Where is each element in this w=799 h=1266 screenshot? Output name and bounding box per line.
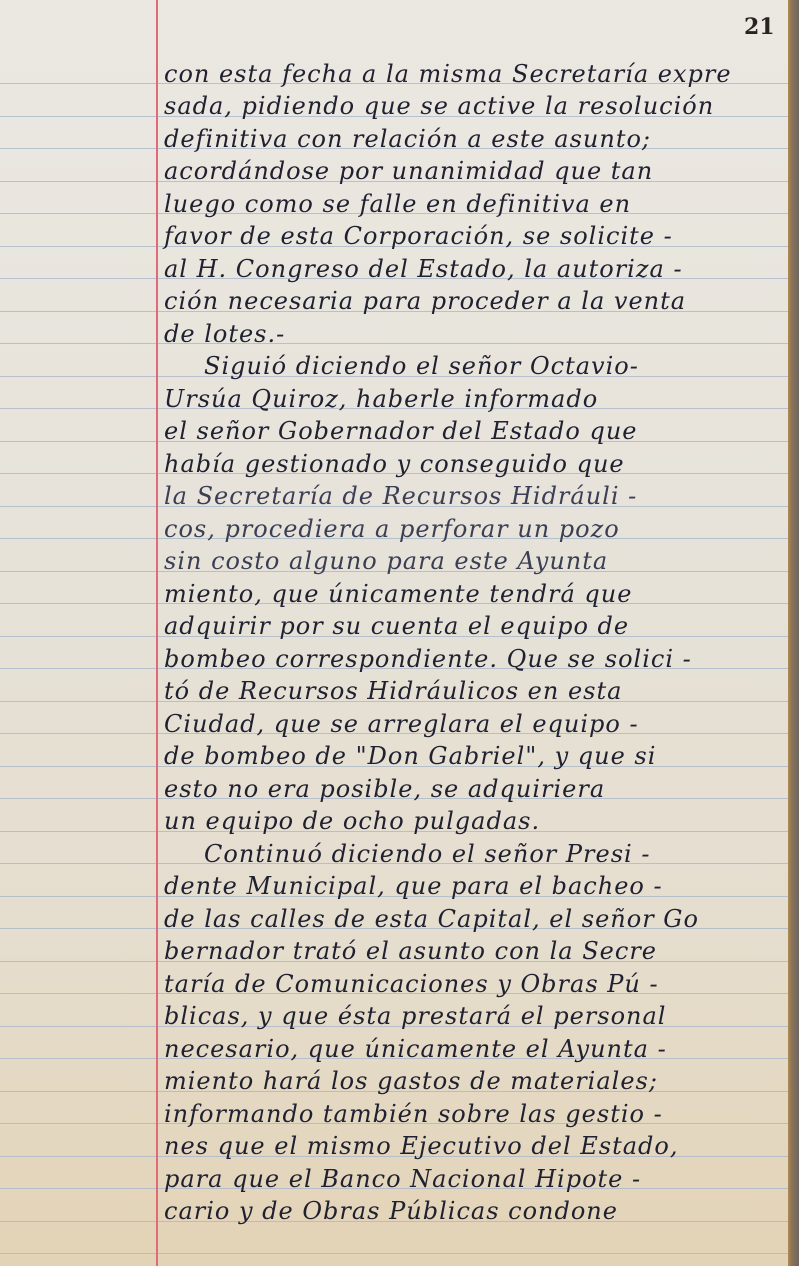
text-line: Ursúa Quiroz, haberle informado — [164, 385, 598, 417]
text-line: tó de Recursos Hidráulicos en esta — [164, 677, 622, 709]
text-line: ción necesaria para proceder a la venta — [164, 287, 686, 319]
text-line: había gestionado y conseguido que — [164, 450, 625, 482]
text-line: Ciudad, que se arreglara el equipo - — [164, 710, 639, 742]
text-line: necesario, que únicamente el Ayunta - — [164, 1035, 667, 1067]
text-line: taría de Comunicaciones y Obras Pú - — [164, 970, 659, 1002]
text-line: bombeo correspondiente. Que se solici - — [164, 645, 692, 677]
page-number: 21 — [744, 14, 775, 40]
text-line: bernador trató el asunto con la Secre — [164, 937, 657, 969]
ruled-line — [0, 343, 788, 344]
text-line: la Secretaría de Recursos Hidráuli - — [164, 482, 637, 514]
text-line: acordándose por unanimidad que tan — [164, 157, 653, 189]
text-line: cario y de Obras Públicas condone — [164, 1197, 618, 1229]
text-line: blicas, y que ésta prestará el personal — [164, 1002, 666, 1034]
text-line: miento, que únicamente tendrá que — [164, 580, 632, 612]
book-spine-edge — [788, 0, 799, 1266]
text-line: de lotes.- — [164, 320, 285, 352]
red-margin-line — [156, 0, 158, 1266]
text-line: definitiva con relación a este asunto; — [164, 125, 651, 157]
text-line: un equipo de ocho pulgadas. — [164, 807, 540, 839]
text-line: al H. Congreso del Estado, la autoriza - — [164, 255, 683, 287]
text-line: sin costo alguno para este Ayunta — [164, 547, 608, 579]
ledger-page: 21 con esta fecha a la misma Secretaría … — [0, 0, 788, 1266]
text-line: dente Municipal, que para el bacheo - — [164, 872, 663, 904]
text-line: Siguió diciendo el señor Octavio- — [164, 352, 639, 384]
text-line: Continuó diciendo el señor Presi - — [164, 840, 650, 872]
text-line: esto no era posible, se adquiriera — [164, 775, 605, 807]
text-line: el señor Gobernador del Estado que — [164, 417, 638, 449]
text-line: para que el Banco Nacional Hipote - — [164, 1165, 641, 1197]
text-line: con esta fecha a la misma Secretaría exp… — [164, 60, 732, 92]
text-line: de las calles de esta Capital, el señor … — [164, 905, 699, 937]
ruled-line — [0, 1253, 788, 1254]
text-line: luego como se falle en definitiva en — [164, 190, 631, 222]
text-line: nes que el mismo Ejecutivo del Estado, — [164, 1132, 678, 1164]
text-line: adquirir por su cuenta el equipo de — [164, 612, 629, 644]
text-line: cos, procediera a perforar un pozo — [164, 515, 620, 547]
text-line: informando también sobre las gestio - — [164, 1100, 663, 1132]
text-line: miento hará los gastos de materiales; — [164, 1067, 658, 1099]
text-line: de bombeo de "Don Gabriel", y que si — [164, 742, 656, 774]
text-line: favor de esta Corporación, se solicite - — [164, 222, 673, 254]
text-line: sada, pidiendo que se active la resoluci… — [164, 92, 714, 124]
